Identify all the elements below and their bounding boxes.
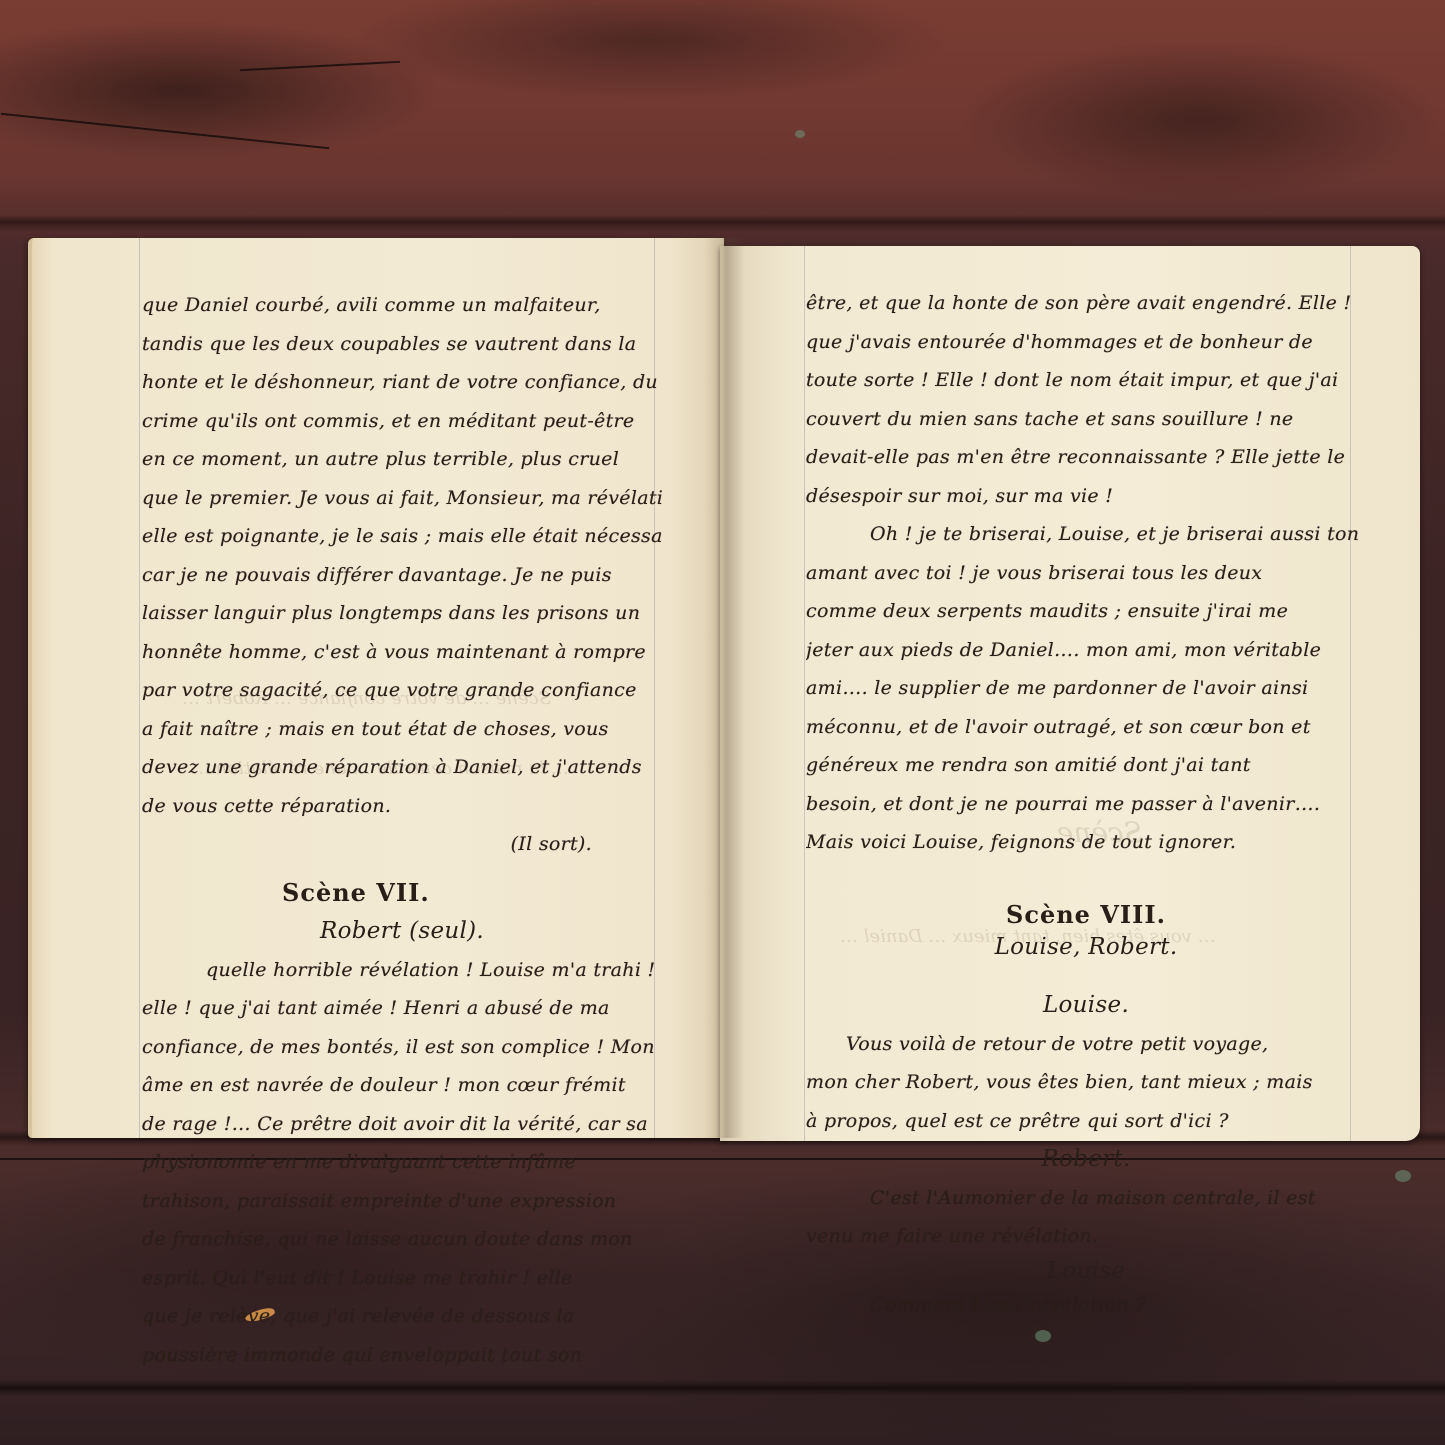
manuscript-line: honte et le déshonneur, riant de votre c… <box>142 363 662 402</box>
manuscript-line: désespoir sur moi, sur ma vie ! <box>806 477 1366 516</box>
speaker-robert: Robert. <box>806 1140 1366 1179</box>
scene-heading: Scène VII. <box>142 874 662 913</box>
manuscript-line: besoin, et dont je ne pourrai me passer … <box>806 785 1366 824</box>
moss-spot <box>1395 1170 1411 1182</box>
open-notebook: Scène … de votre confiance … Robert … … … <box>28 238 1423 1138</box>
manuscript-line: toute sorte ! Elle ! dont le nom était i… <box>806 361 1366 400</box>
manuscript-line: généreux me rendra son amitié dont j'ai … <box>806 746 1366 785</box>
stage-direction: (Il sort). <box>142 825 662 864</box>
moss-spot <box>795 130 805 138</box>
wood-crack <box>1 113 329 149</box>
manuscript-line: trahison, paraissait empreinte d'une exp… <box>142 1182 662 1221</box>
manuscript-line: jeter aux pieds de Daniel…. mon ami, mon… <box>806 631 1366 670</box>
manuscript-line: de franchise, qui ne laisse aucun doute … <box>142 1220 662 1259</box>
manuscript-line: en ce moment, un autre plus terrible, pl… <box>142 440 662 479</box>
manuscript-line: comme deux serpents maudits ; ensuite j'… <box>806 592 1366 631</box>
left-margin-line <box>139 238 140 1138</box>
wood-crack <box>240 61 400 71</box>
manuscript-line: couvert du mien sans tache et sans souil… <box>806 400 1366 439</box>
right-page: Scène … … vous êtes bien, tant mieux … D… <box>720 246 1420 1141</box>
manuscript-line: tandis que les deux coupables se vautren… <box>142 325 662 364</box>
manuscript-line: car je ne pouvais différer davantage. Je… <box>142 556 662 595</box>
left-page: Scène … de votre confiance … Robert … … … <box>28 238 724 1138</box>
manuscript-line: elle ! que j'ai tant aimée ! Henri a abu… <box>142 989 662 1028</box>
blank-line <box>806 862 1366 901</box>
manuscript-line: âme en est navrée de douleur ! mon cœur … <box>142 1066 662 1105</box>
manuscript-line: Oh ! je te briserai, Louise, et je brise… <box>806 515 1366 554</box>
scene-heading: Scène VIII. <box>806 900 1366 930</box>
speaker-louise: Louise. <box>806 986 1366 1025</box>
left-margin-line <box>804 246 805 1141</box>
dialogue-line: à propos, quel est ce prêtre qui sort d'… <box>806 1102 1366 1141</box>
manuscript-line: être, et que la honte de son père avait … <box>806 284 1366 323</box>
dialogue-line: C'est l'Aumonier de la maison centrale, … <box>806 1179 1366 1218</box>
manuscript-line: laisser languir plus longtemps dans les … <box>142 594 662 633</box>
dialogue-line: Vous voilà de retour de votre petit voya… <box>806 1025 1366 1064</box>
dialogue-line: mon cher Robert, vous êtes bien, tant mi… <box>806 1063 1366 1102</box>
manuscript-line: confiance, de mes bontés, il est son com… <box>142 1028 662 1067</box>
speaker-heading: Robert (seul). <box>142 912 662 951</box>
manuscript-line: devait-elle pas m'en être reconnaissante… <box>806 438 1366 477</box>
dialogue-line: Comment ! une révélation ? <box>806 1286 1366 1325</box>
characters-heading: Louise, Robert. <box>806 930 1366 964</box>
manuscript-line: par votre sagacité, ce que votre grande … <box>142 671 662 710</box>
dialogue-line: venu me faire une révélation. <box>806 1217 1366 1256</box>
speaker-louise: Louise <box>806 1256 1366 1286</box>
manuscript-line: que je relève, que j'ai relevée de desso… <box>142 1297 662 1336</box>
manuscript-line: ami…. le supplier de me pardonner de l'a… <box>806 669 1366 708</box>
manuscript-line: poussière immonde qui enveloppait tout s… <box>142 1336 662 1375</box>
left-page-text: que Daniel courbé, avili comme un malfai… <box>142 286 662 1374</box>
blank-line <box>806 964 1366 986</box>
manuscript-line: Mais voici Louise, feignons de tout igno… <box>806 823 1366 862</box>
manuscript-line: amant avec toi ! je vous briserai tous l… <box>806 554 1366 593</box>
manuscript-line: crime qu'ils ont commis, et en méditant … <box>142 402 662 441</box>
manuscript-line: a fait naître ; mais en tout état de cho… <box>142 710 662 749</box>
moss-spot <box>1035 1330 1051 1342</box>
manuscript-line: que le premier. Je vous ai fait, Monsieu… <box>142 479 662 518</box>
right-page-text: être, et que la honte de son père avait … <box>806 284 1366 1324</box>
manuscript-line: elle est poignante, je le sais ; mais el… <box>142 517 662 556</box>
manuscript-line: de vous cette réparation. <box>142 787 662 826</box>
manuscript-line: de rage !… Ce prêtre doit avoir dit la v… <box>142 1105 662 1144</box>
manuscript-line: que Daniel courbé, avili comme un malfai… <box>142 286 662 325</box>
manuscript-line: quelle horrible révélation ! Louise m'a … <box>142 951 662 990</box>
manuscript-line: physionomie en me divulguant cette infâm… <box>142 1143 662 1182</box>
manuscript-line: devez une grande réparation à Daniel, et… <box>142 748 662 787</box>
book-gutter <box>704 238 744 1138</box>
manuscript-line: méconnu, et de l'avoir outragé, et son c… <box>806 708 1366 747</box>
manuscript-line: que j'avais entourée d'hommages et de bo… <box>806 323 1366 362</box>
manuscript-line: honnête homme, c'est à vous maintenant à… <box>142 633 662 672</box>
manuscript-line: esprit. Qui l'eut dit ! Louise me trahir… <box>142 1259 662 1298</box>
